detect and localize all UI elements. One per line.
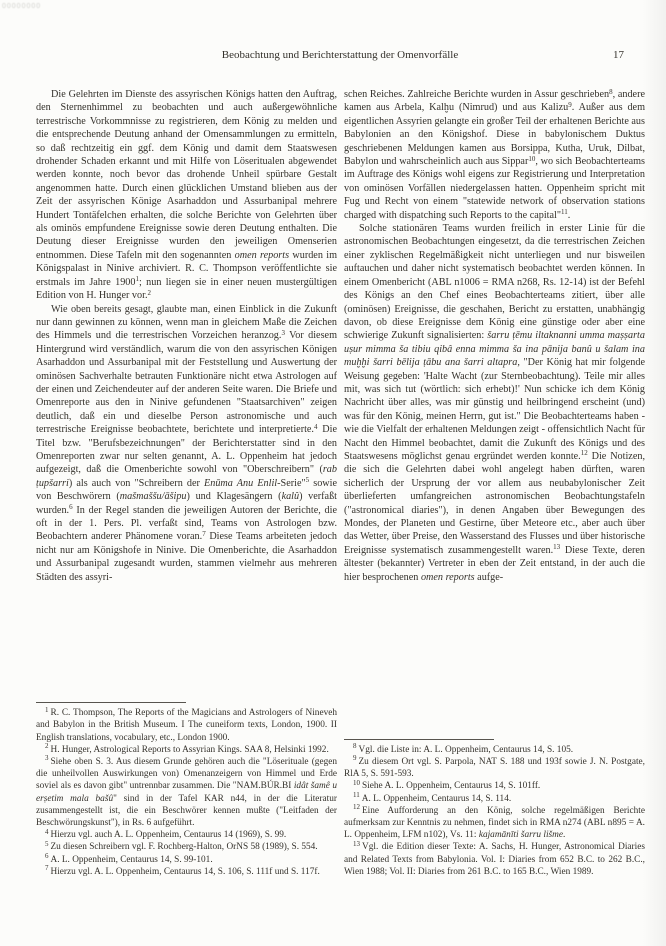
footnote: 4Hierzu vgl. auch A. L. Oppenheim, Centa… xyxy=(36,829,337,841)
footnote-text: Vgl. die Liste in: A. L. Oppenheim, Cent… xyxy=(359,745,574,755)
footnote-text: Zu diesen Schreibern vgl. F. Rochberg-Ha… xyxy=(51,842,318,852)
page-number: 17 xyxy=(613,49,624,61)
footnote-rule xyxy=(36,702,186,703)
left-column-body: Die Gelehrten im Dienste des assyrischen… xyxy=(36,88,337,584)
footnote-number: 11 xyxy=(353,791,360,799)
paragraph: Die Gelehrten im Dienste des assyrischen… xyxy=(36,88,337,303)
footnote: 10Siehe A. L. Oppenheim, Centaurus 14, S… xyxy=(344,780,645,792)
footnote-number: 1 xyxy=(45,706,49,714)
footnote-text: A. L. Oppenheim, Centaurus 14, S. 99-101… xyxy=(51,855,213,865)
left-column: Die Gelehrten im Dienste des assyrischen… xyxy=(36,88,337,946)
footnote-number: 6 xyxy=(45,852,49,860)
footnote-text: H. Hunger, Astrological Reports to Assyr… xyxy=(51,745,329,755)
paragraph: schen Reiches. Zahlreiche Berichte wurde… xyxy=(344,88,645,222)
footnote-number: 9 xyxy=(353,754,357,762)
text-columns: Die Gelehrten im Dienste des assyrischen… xyxy=(36,88,645,946)
footnote-rule xyxy=(344,739,494,740)
footnote-number: 12 xyxy=(353,803,360,811)
footnote-number: 4 xyxy=(45,828,49,836)
footnote-number: 5 xyxy=(45,840,49,848)
footnote: 5Zu diesen Schreibern vgl. F. Rochberg-H… xyxy=(36,841,337,853)
scanned-book-page: 00000000 Beobachtung und Berichterstattu… xyxy=(0,0,666,946)
footnote-number: 2 xyxy=(45,742,49,750)
footnote: 2H. Hunger, Astrological Reports to Assy… xyxy=(36,744,337,756)
running-header: Beobachtung und Berichterstattung der Om… xyxy=(36,49,644,61)
footnote-number: 13 xyxy=(353,840,360,848)
footnote-text: Siehe oben S. 3. Aus diesem Grunde gehör… xyxy=(36,757,337,828)
footnote-number: 3 xyxy=(45,754,49,762)
footnote: 12Eine Aufforderung an den König, solche… xyxy=(344,805,645,842)
left-footnotes: 1R. C. Thompson, The Reports of the Magi… xyxy=(36,702,337,878)
footnote-number: 8 xyxy=(353,742,357,750)
footnote-text: Eine Aufforderung an den König, solche r… xyxy=(344,806,645,840)
page-edge-shadow xyxy=(642,0,666,946)
footnote: 9Zu diesem Ort vgl. S. Parpola, NAT S. 1… xyxy=(344,756,645,780)
right-column-body: schen Reiches. Zahlreiche Berichte wurde… xyxy=(344,88,645,584)
footnote-text: Vgl. die Edition dieser Texte: A. Sachs,… xyxy=(344,842,645,876)
footnote-number: 10 xyxy=(353,779,360,787)
footnote: 1R. C. Thompson, The Reports of the Magi… xyxy=(36,707,337,744)
footnote-text: Hierzu vgl. A. L. Oppenheim, Centaurus 1… xyxy=(51,867,320,877)
footnote: 13Vgl. die Edition dieser Texte: A. Sach… xyxy=(344,841,645,878)
right-column: schen Reiches. Zahlreiche Berichte wurde… xyxy=(344,88,645,946)
footnote: 7Hierzu vgl. A. L. Oppenheim, Centaurus … xyxy=(36,866,337,878)
footnote: 6A. L. Oppenheim, Centaurus 14, S. 99-10… xyxy=(36,854,337,866)
right-footnotes: 8Vgl. die Liste in: A. L. Oppenheim, Cen… xyxy=(344,739,645,878)
footnote-number: 7 xyxy=(45,864,49,872)
footnote: 8Vgl. die Liste in: A. L. Oppenheim, Cen… xyxy=(344,744,645,756)
footnote: 11A. L. Oppenheim, Centaurus 14, S. 114. xyxy=(344,793,645,805)
footnote-text: Siehe A. L. Oppenheim, Centaurus 14, S. … xyxy=(362,781,540,791)
footnote: 3Siehe oben S. 3. Aus diesem Grunde gehö… xyxy=(36,756,337,829)
footnote-text: Zu diesem Ort vgl. S. Parpola, NAT S. 18… xyxy=(344,757,645,779)
paragraph: Wie oben bereits gesagt, glaubte man, ei… xyxy=(36,303,337,585)
scan-corner-mark: 00000000 xyxy=(2,3,41,10)
footnote-text: A. L. Oppenheim, Centaurus 14, S. 114. xyxy=(362,794,511,804)
paragraph: Solche stationären Teams wurden freilich… xyxy=(344,222,645,584)
footnote-text: R. C. Thompson, The Reports of the Magic… xyxy=(36,708,337,742)
running-header-title: Beobachtung und Berichterstattung der Om… xyxy=(222,49,458,61)
footnote-text: Hierzu vgl. auch A. L. Oppenheim, Centau… xyxy=(51,830,287,840)
